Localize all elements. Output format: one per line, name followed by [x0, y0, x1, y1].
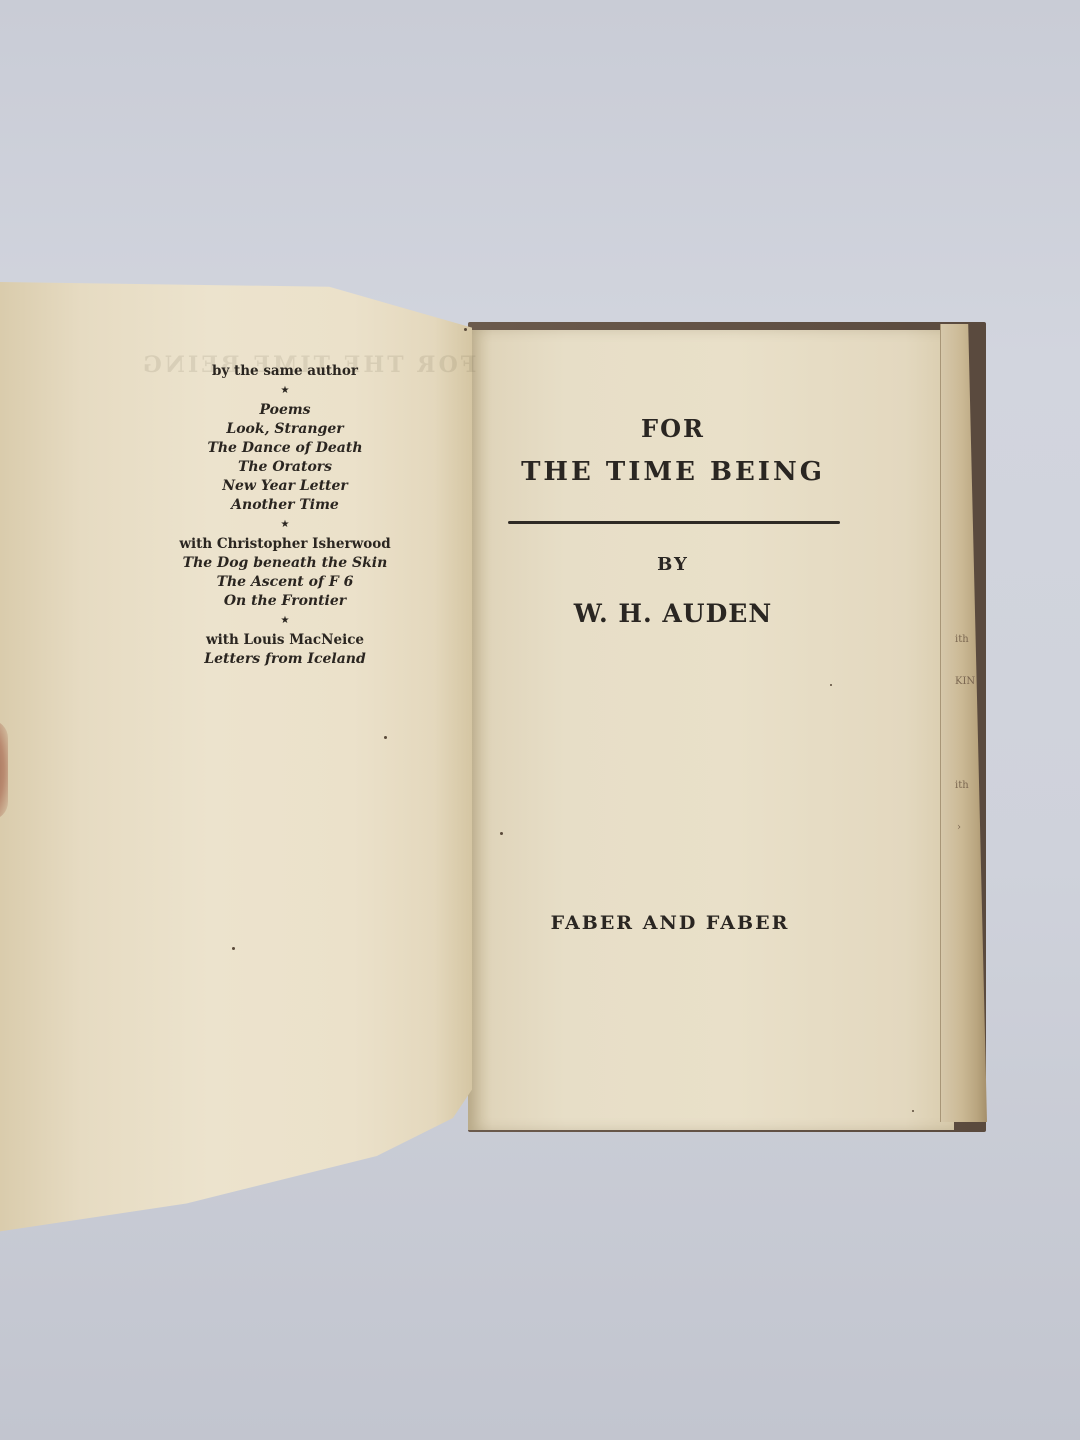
- foxing-spot: [384, 736, 387, 739]
- title-line-1: FOR: [500, 414, 846, 443]
- foxing-spot: [830, 684, 832, 686]
- jacket-fragment: KIN: [955, 676, 975, 687]
- by-line: BY: [500, 554, 846, 575]
- work-title: On the Frontier: [170, 592, 400, 611]
- work-title: Look, Stranger: [170, 420, 400, 439]
- title-block: FOR THE TIME BEING BY W. H. AUDEN: [500, 414, 846, 628]
- foxing-spot: [500, 832, 503, 835]
- work-title: The Dance of Death: [170, 439, 400, 458]
- work-title: Letters from Iceland: [170, 650, 400, 669]
- work-title: The Orators: [170, 458, 400, 477]
- by-same-author-list: by the same author ★ Poems Look, Strange…: [170, 362, 400, 669]
- foxing-spot: [912, 1110, 914, 1112]
- work-title: Another Time: [170, 496, 400, 515]
- work-title: The Ascent of F 6: [170, 573, 400, 592]
- work-title: The Dog beneath the Skin: [170, 554, 400, 573]
- star-separator-icon: ★: [170, 611, 400, 631]
- publisher-name: FABER AND FABER: [520, 912, 820, 934]
- collaborator-label: with Christopher Isherwood: [170, 535, 400, 554]
- author-name: W. H. AUDEN: [500, 599, 846, 628]
- photo-scene: ith KIN ith › FOR THE TIME BEING by the …: [0, 0, 1080, 1440]
- jacket-fragment: ith: [955, 634, 969, 645]
- holding-finger: [0, 720, 8, 820]
- jacket-fragment: ith: [955, 780, 969, 791]
- star-separator-icon: ★: [170, 515, 400, 535]
- work-title: New Year Letter: [170, 477, 400, 496]
- collaborator-label: with Louis MacNeice: [170, 631, 400, 650]
- foxing-spot: [232, 947, 235, 950]
- foxing-spot: [464, 328, 467, 331]
- title-line-2: THE TIME BEING: [500, 457, 846, 487]
- list-heading: by the same author: [170, 362, 400, 381]
- jacket-fragment: ›: [957, 822, 961, 833]
- title-rule: [508, 521, 840, 524]
- star-separator-icon: ★: [170, 381, 400, 401]
- work-title: Poems: [170, 401, 400, 420]
